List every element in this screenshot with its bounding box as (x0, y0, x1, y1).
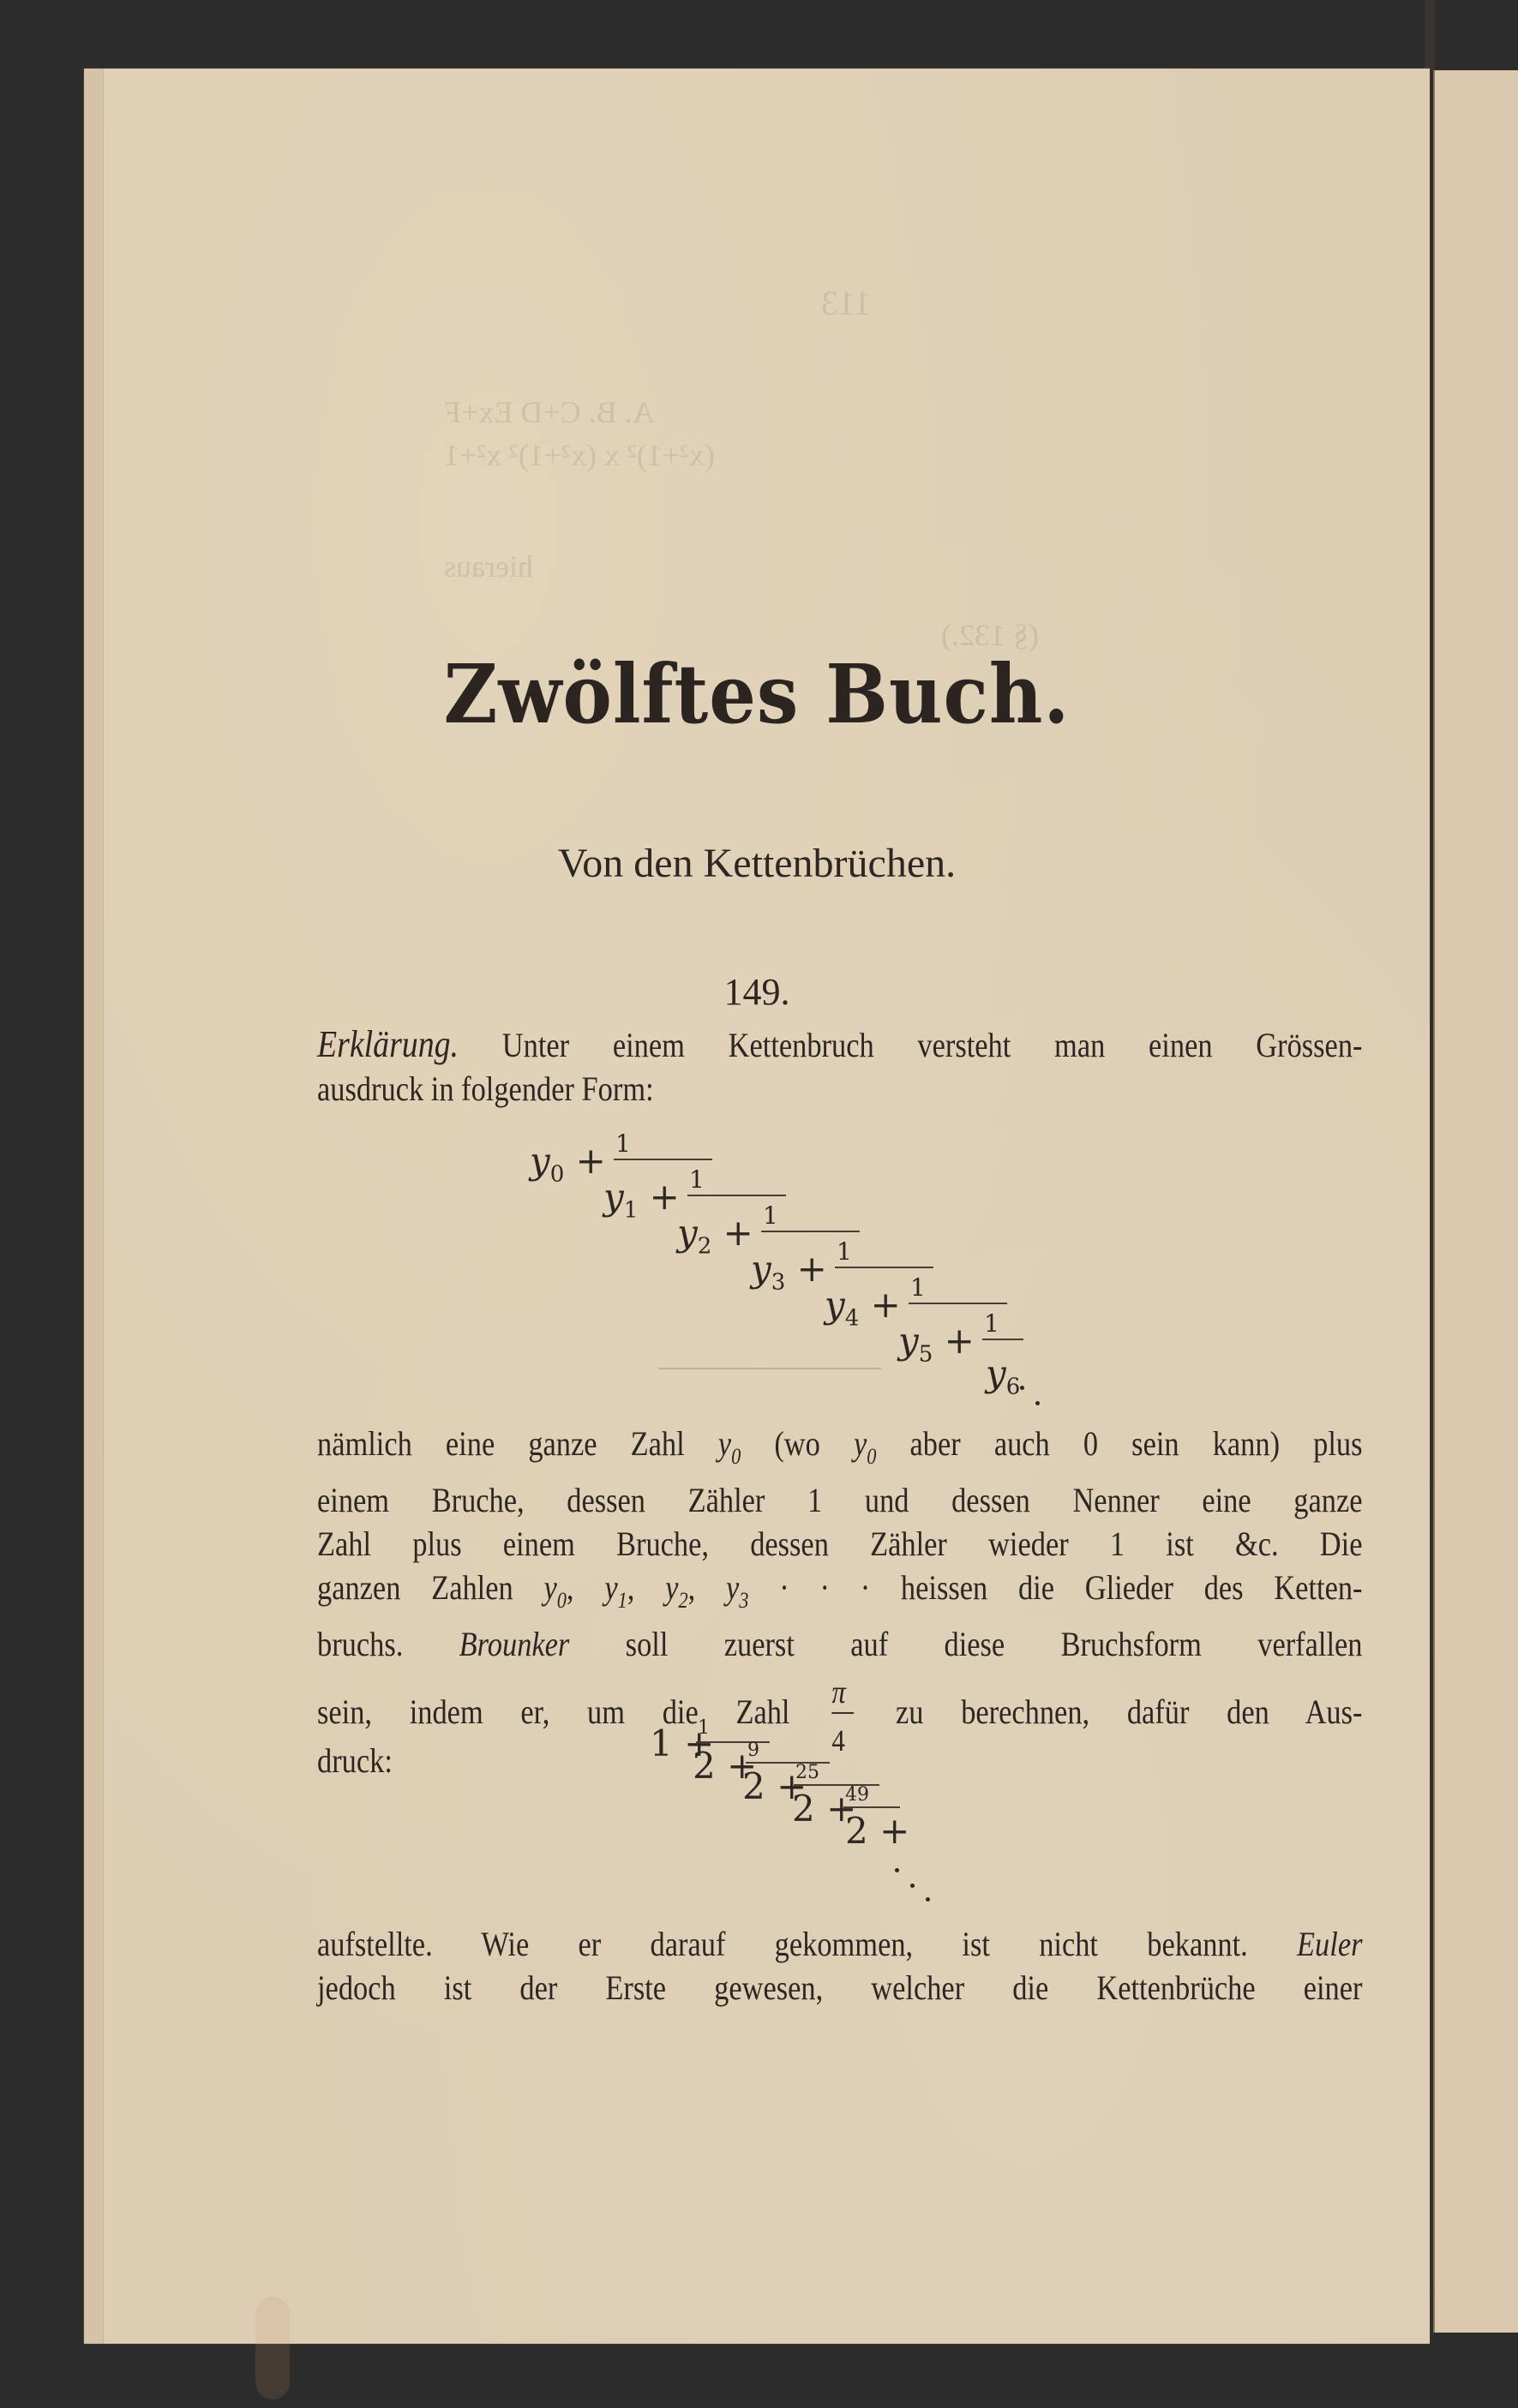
bleed-through-line: (x²+1)² x (x²+1)² x²+1 (444, 437, 715, 473)
ellipsis-dot (895, 1868, 899, 1872)
book-page: 113 A. B. C+D Ex+F (x²+1)² x (x²+1)² x²+… (84, 69, 1430, 2344)
paragraph-explanation: nämlich eine ganze Zahl y0 (wo y0 aber a… (317, 1422, 1362, 1782)
ellipsis-dot (910, 1884, 915, 1888)
facing-page-edge (1433, 70, 1518, 2333)
text-line: ausdruck in folgender Form: (317, 1067, 1362, 1111)
section-number: 149. (84, 970, 1430, 1014)
paragraph-history: aufstellte. Wie er darauf gekommen, ist … (317, 1922, 1362, 2010)
ellipsis-dot (1020, 1386, 1024, 1390)
formula-term: y2 + (677, 1212, 753, 1259)
ellipsis-dot (1035, 1401, 1040, 1405)
formula-term: y6 (986, 1352, 1020, 1399)
text-line: Unter einem Kettenbruch versteht man ein… (459, 1026, 1362, 1064)
ellipsis-dot (926, 1897, 930, 1902)
faint-rule (658, 1368, 881, 1369)
author-name-euler: Euler (1297, 1925, 1362, 1963)
book-spine-gap (1425, 0, 1435, 70)
page-stack-edge (84, 69, 104, 2344)
text-line: jedoch ist der Erste gewesen, welcher di… (317, 1966, 1362, 2010)
bleed-through-line: hieraus (444, 548, 533, 584)
bleed-through-line: A. B. C+D Ex+F (444, 394, 655, 430)
text-line: einem Bruche, dessen Zähler 1 und dessen… (317, 1478, 1362, 1522)
paragraph-definition: Erklärung. Unter einem Kettenbruch verst… (317, 1022, 1362, 1111)
text-line: Zahl plus einem Bruche, dessen Zähler wi… (317, 1522, 1362, 1566)
definition-label: Erklärung. (317, 1023, 459, 1065)
chapter-subtitle: Von den Kettenbrüchen. (84, 840, 1430, 887)
formula-term: y3 + (751, 1248, 827, 1295)
author-name-brounker: Brounker (459, 1625, 570, 1663)
chapter-title: Zwölftes Buch. (84, 647, 1430, 742)
formula-term: y4 + (825, 1284, 901, 1331)
paper-stain (255, 2297, 290, 2399)
formula-term: y0 + (530, 1140, 606, 1187)
formula-term: y1 + (603, 1176, 680, 1223)
formula-term: y5 + (898, 1320, 975, 1367)
bleed-through-page-number: 113 (821, 283, 872, 323)
